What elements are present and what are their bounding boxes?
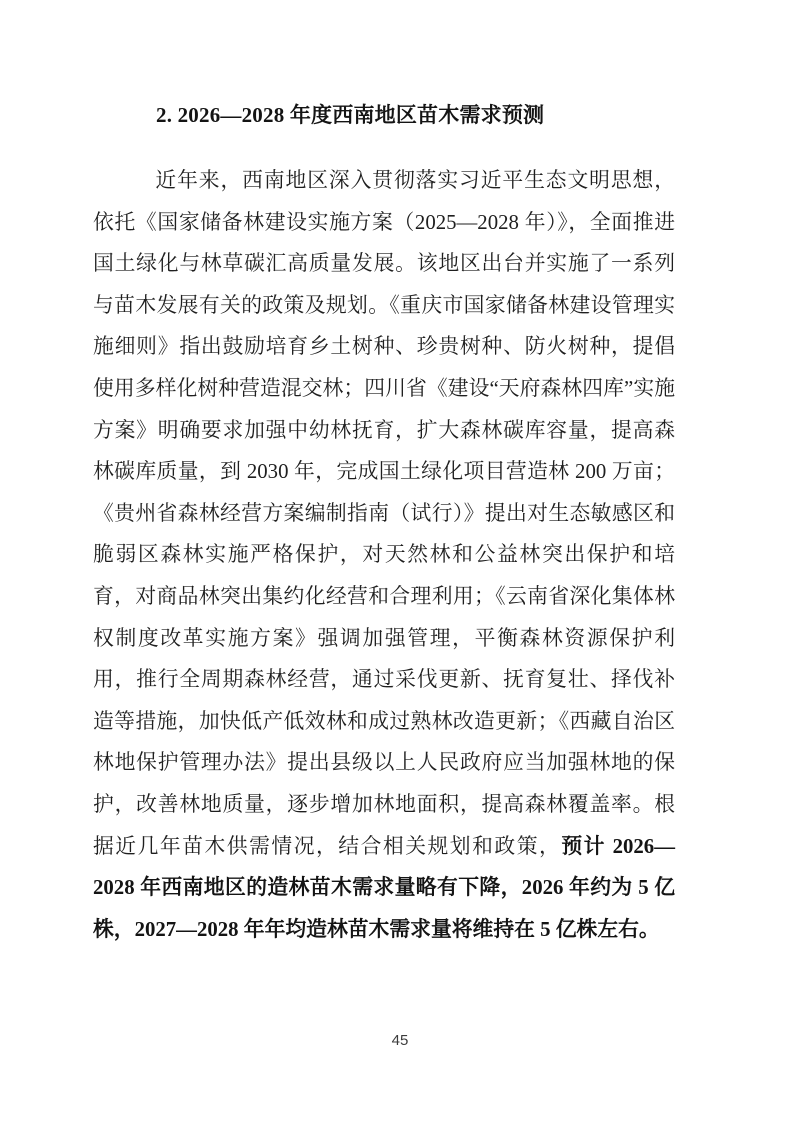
body-paragraph: 近年来，西南地区深入贯彻落实习近平生态文明思想，依托《国家储备林建设实施方案（2… (93, 160, 675, 950)
section-heading: 2. 2026—2028 年度西南地区苗木需求预测 (93, 101, 675, 129)
paragraph-normal-text: 近年来，西南地区深入贯彻落实习近平生态文明思想，依托《国家储备林建设实施方案（2… (93, 169, 675, 858)
page-number: 45 (0, 1032, 800, 1049)
page-content: 2. 2026—2028 年度西南地区苗木需求预测 近年来，西南地区深入贯彻落实… (93, 0, 675, 950)
document-page: 2. 2026—2028 年度西南地区苗木需求预测 近年来，西南地区深入贯彻落实… (0, 0, 800, 1131)
